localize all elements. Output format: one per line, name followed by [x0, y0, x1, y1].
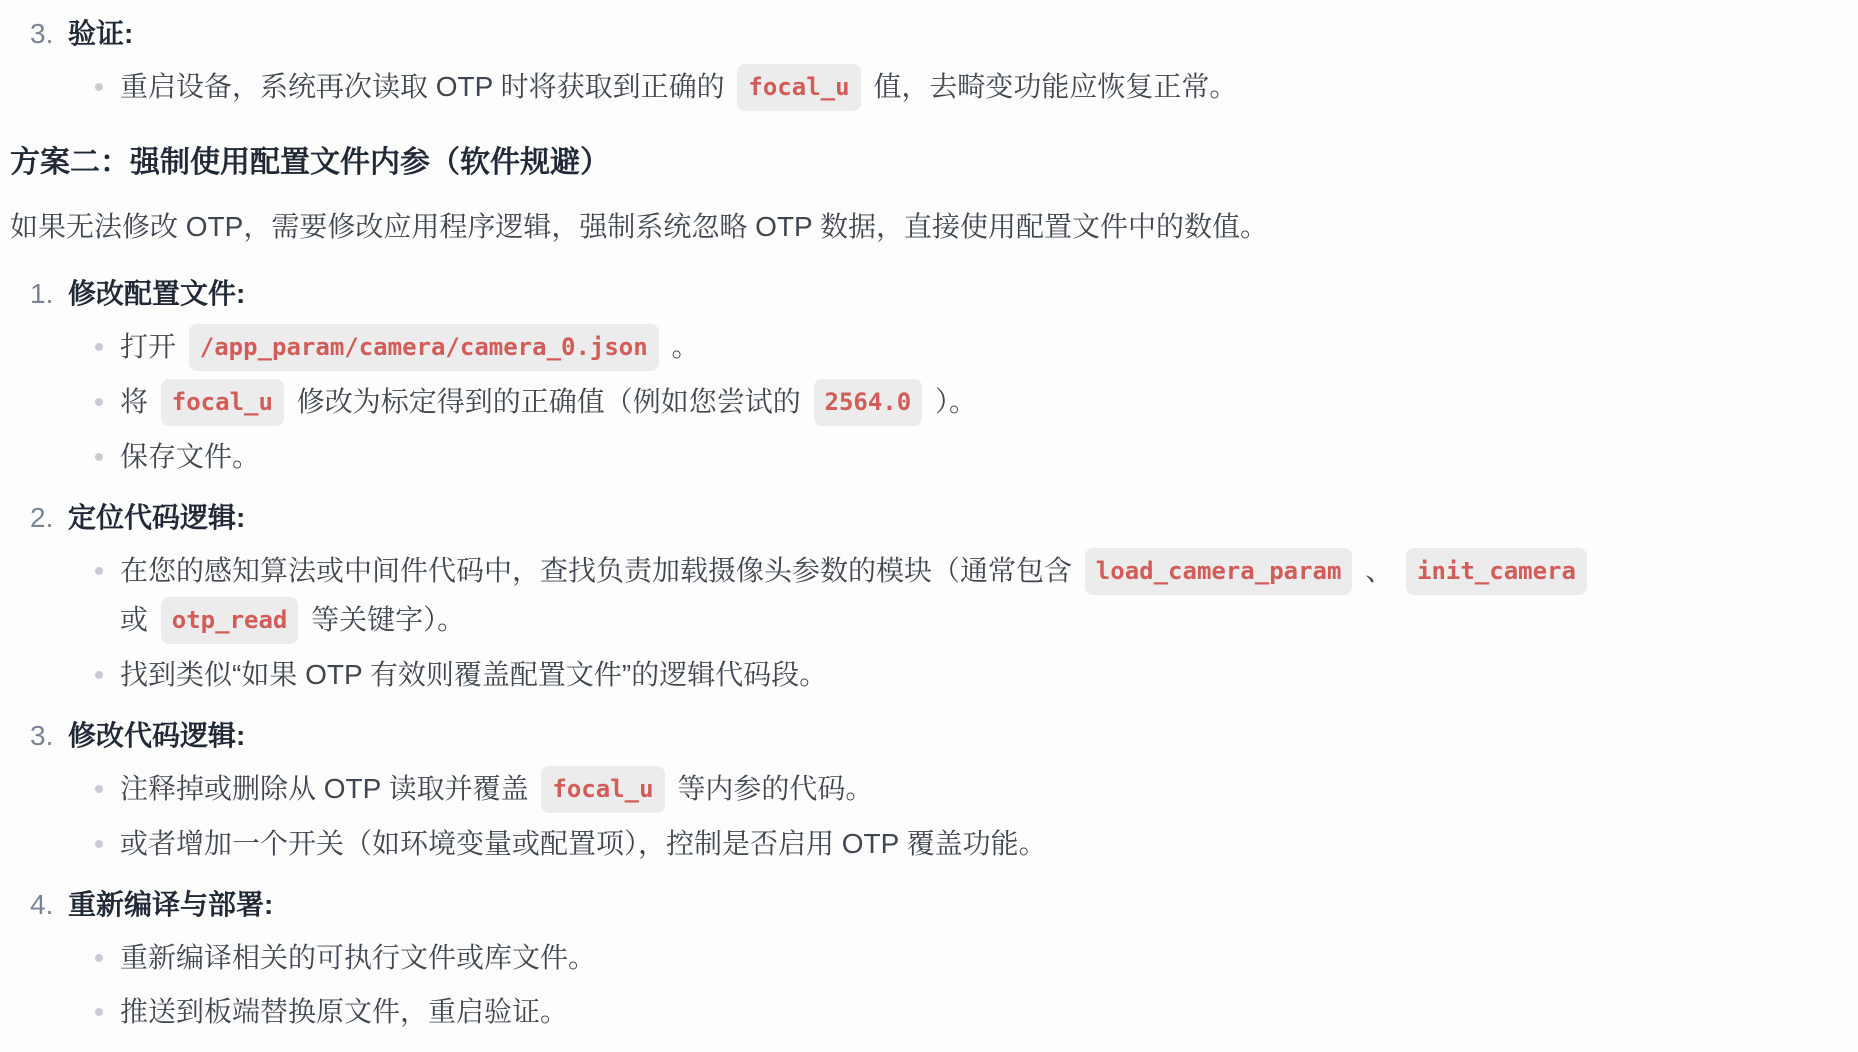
list-number: 1. — [30, 272, 68, 317]
bullet-item: 或者增加一个开关（如环境变量或配置项），控制是否启用 OTP 覆盖功能。 — [10, 820, 1600, 868]
ordered-list-main: 1. 修改配置文件: 打开 /app_param/camera/camera_0… — [10, 272, 1600, 1035]
markdown-content: 3. 验证: 重启设备，系统再次读取 OTP 时将获取到正确的 focal_u … — [0, 0, 1600, 1035]
text-segment: ）。 — [927, 386, 977, 417]
list-number: 4. — [30, 883, 68, 928]
text-segment: 找到类似“如果 OTP 有效则覆盖配置文件”的逻辑代码段。 — [120, 659, 827, 690]
bullet-icon — [95, 785, 103, 793]
bullet-item: 保存文件。 — [10, 433, 1600, 481]
bullet-icon — [95, 840, 103, 848]
bullet-item: 在您的感知算法或中间件代码中，查找负责加载摄像头参数的模块（通常包含 load_… — [10, 547, 1600, 645]
text-segment: 。 — [664, 331, 700, 362]
text-segment: 在您的感知算法或中间件代码中，查找负责加载摄像头参数的模块（通常包含 — [120, 555, 1080, 586]
text-segment: 注释掉或删除从 OTP 读取并覆盖 — [120, 773, 536, 804]
bullet-icon — [95, 1008, 103, 1016]
inline-code: /app_param/camera/camera_0.json — [189, 324, 659, 371]
bullet-item: 注释掉或删除从 OTP 读取并覆盖 focal_u 等内参的代码。 — [10, 765, 1600, 814]
text-segment: 将 — [120, 386, 156, 417]
bullet-text: 找到类似“如果 OTP 有效则覆盖配置文件”的逻辑代码段。 — [120, 651, 827, 699]
text-segment: 或者增加一个开关（如环境变量或配置项），控制是否启用 OTP 覆盖功能。 — [120, 828, 1047, 859]
bullet-text: 重新编译相关的可执行文件或库文件。 — [120, 934, 596, 982]
bullet-text: 在您的感知算法或中间件代码中，查找负责加载摄像头参数的模块（通常包含 load_… — [120, 547, 1600, 645]
bullet-text: 将 focal_u 修改为标定得到的正确值（例如您尝试的 2564.0 ）。 — [120, 378, 977, 427]
bullet-text: 打开 /app_param/camera/camera_0.json 。 — [120, 323, 700, 372]
ordered-list-item: 1. 修改配置文件: — [10, 272, 1600, 317]
bullet-text: 或者增加一个开关（如环境变量或配置项），控制是否启用 OTP 覆盖功能。 — [120, 820, 1047, 868]
bullet-icon — [95, 398, 103, 406]
text-segment: 等内参的代码。 — [670, 773, 874, 804]
bullet-item: 重启设备，系统再次读取 OTP 时将获取到正确的 focal_u 值，去畸变功能… — [10, 63, 1600, 112]
list-item-title: 修改配置文件: — [68, 272, 245, 317]
inline-code: load_camera_param — [1085, 548, 1353, 595]
bullet-icon — [95, 567, 103, 575]
inline-code: init_camera — [1406, 548, 1587, 595]
inline-code: focal_u — [737, 64, 860, 111]
list-item-title: 修改代码逻辑: — [68, 714, 245, 759]
text-segment: 修改为标定得到的正确值（例如您尝试的 — [289, 386, 809, 417]
inline-code: focal_u — [161, 379, 284, 426]
ordered-list-continued: 3. 验证: 重启设备，系统再次读取 OTP 时将获取到正确的 focal_u … — [10, 12, 1600, 112]
list-item-title: 重新编译与部署: — [68, 883, 273, 928]
bullet-icon — [95, 671, 103, 679]
bullet-item: 推送到板端替换原文件，重启验证。 — [10, 988, 1600, 1036]
intro-paragraph: 如果无法修改 OTP，需要修改应用程序逻辑，强制系统忽略 OTP 数据，直接使用… — [10, 203, 1600, 251]
text-segment: 重新编译相关的可执行文件或库文件。 — [120, 942, 596, 973]
text-segment: 推送到板端替换原文件，重启验证。 — [120, 996, 568, 1027]
ordered-list-item: 3. 修改代码逻辑: — [10, 714, 1600, 759]
list-number: 3. — [30, 12, 68, 57]
bullet-item: 找到类似“如果 OTP 有效则覆盖配置文件”的逻辑代码段。 — [10, 651, 1600, 699]
ordered-list-item: 2. 定位代码逻辑: — [10, 496, 1600, 541]
inline-code: otp_read — [161, 597, 299, 644]
text-segment: 等关键字）。 — [303, 604, 465, 635]
text-segment: 、 — [1357, 555, 1401, 586]
bullet-text: 推送到板端替换原文件，重启验证。 — [120, 988, 568, 1036]
text-segment: 保存文件。 — [120, 441, 260, 472]
bullet-text: 重启设备，系统再次读取 OTP 时将获取到正确的 focal_u 值，去畸变功能… — [120, 63, 1237, 112]
ordered-list-item: 4. 重新编译与部署: — [10, 883, 1600, 928]
bullet-icon — [95, 343, 103, 351]
bullet-icon — [95, 453, 103, 461]
list-item-title: 定位代码逻辑: — [68, 496, 245, 541]
list-item-title: 验证: — [68, 12, 133, 57]
bullet-item: 将 focal_u 修改为标定得到的正确值（例如您尝试的 2564.0 ）。 — [10, 378, 1600, 427]
bullet-text: 注释掉或删除从 OTP 读取并覆盖 focal_u 等内参的代码。 — [120, 765, 873, 814]
bullet-item: 重新编译相关的可执行文件或库文件。 — [10, 934, 1600, 982]
text-segment: 重启设备，系统再次读取 OTP 时将获取到正确的 — [120, 71, 732, 102]
inline-code: focal_u — [541, 766, 664, 813]
list-number: 3. — [30, 714, 68, 759]
text-segment: 打开 — [120, 331, 184, 362]
section-heading: 方案二：强制使用配置文件内参（软件规避） — [10, 140, 1600, 185]
text-segment: 或 — [120, 604, 156, 635]
list-number: 2. — [30, 496, 68, 541]
ordered-list-item: 3. 验证: — [10, 12, 1600, 57]
text-segment: 值，去畸变功能应恢复正常。 — [866, 71, 1238, 102]
bullet-text: 保存文件。 — [120, 433, 260, 481]
bullet-icon — [95, 954, 103, 962]
inline-code: 2564.0 — [814, 379, 923, 426]
bullet-icon — [95, 83, 103, 91]
bullet-item: 打开 /app_param/camera/camera_0.json 。 — [10, 323, 1600, 372]
